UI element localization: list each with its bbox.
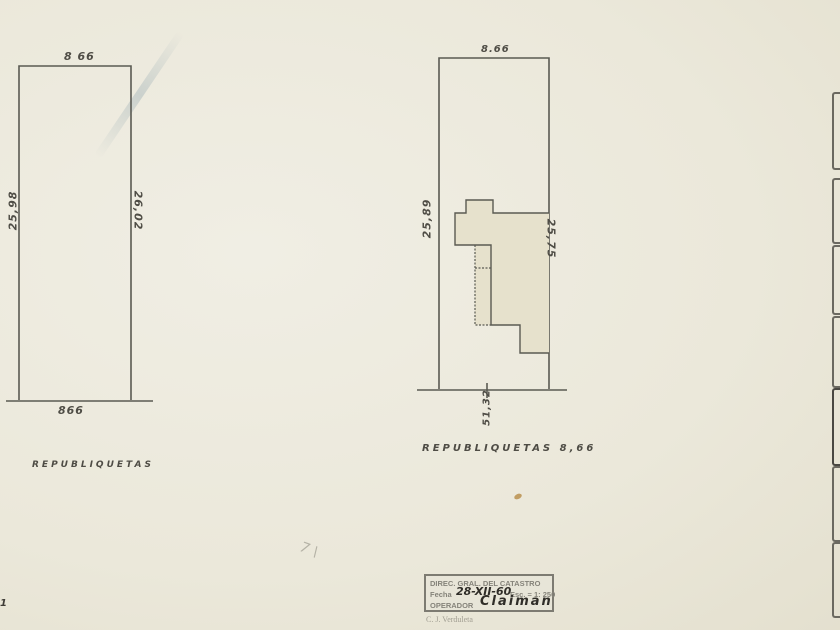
right-lot-street-label: REPUBLIQUETAS 8,66 — [422, 443, 596, 454]
stamp-operator-label: OPERADOR — [430, 601, 473, 610]
cadastre-stamp: DIREC. GRAL. DEL CATASTRO Fecha 28-XII-6… — [424, 574, 554, 612]
building-footprint — [455, 200, 549, 353]
left-lot-bottom-dimension: 866 — [58, 404, 84, 417]
right-lot-top-dimension: 8.66 — [481, 44, 510, 55]
stamp-footer-text: C. J. Verduleta — [426, 615, 473, 624]
stamp-operator-row: OPERADOR Claiman — [430, 600, 548, 611]
right-edge-box-5 — [832, 388, 840, 466]
right-lot-right-dimension: 25,75 — [545, 214, 558, 264]
right-edge-box-4 — [832, 316, 840, 388]
corner-mark: 1 — [0, 598, 7, 609]
right-lot-left-dimension: 25,89 — [421, 194, 434, 244]
plan-drawing — [0, 0, 840, 630]
right-lot-offset-dimension: 51,32 — [482, 383, 493, 433]
left-lot-street-label: REPUBLIQUETAS — [32, 460, 154, 470]
right-edge-box-6 — [832, 466, 840, 542]
left-lot-left-dimension: 25,98 — [7, 186, 20, 236]
left-lot-right-dimension: 26,02 — [132, 186, 145, 236]
right-edge-box-1 — [832, 92, 840, 170]
stamp-signature: Claiman — [480, 596, 553, 607]
left-lot-top-dimension: 8 66 — [64, 50, 95, 63]
stamp-date-label: Fecha — [430, 590, 452, 599]
right-edge-box-2 — [832, 178, 840, 244]
survey-sheet: 8 66 866 25,98 26,02 REPUBLIQUETAS 8.66 … — [0, 0, 840, 630]
right-edge-box-3 — [832, 245, 840, 315]
right-edge-box-7 — [832, 542, 840, 618]
